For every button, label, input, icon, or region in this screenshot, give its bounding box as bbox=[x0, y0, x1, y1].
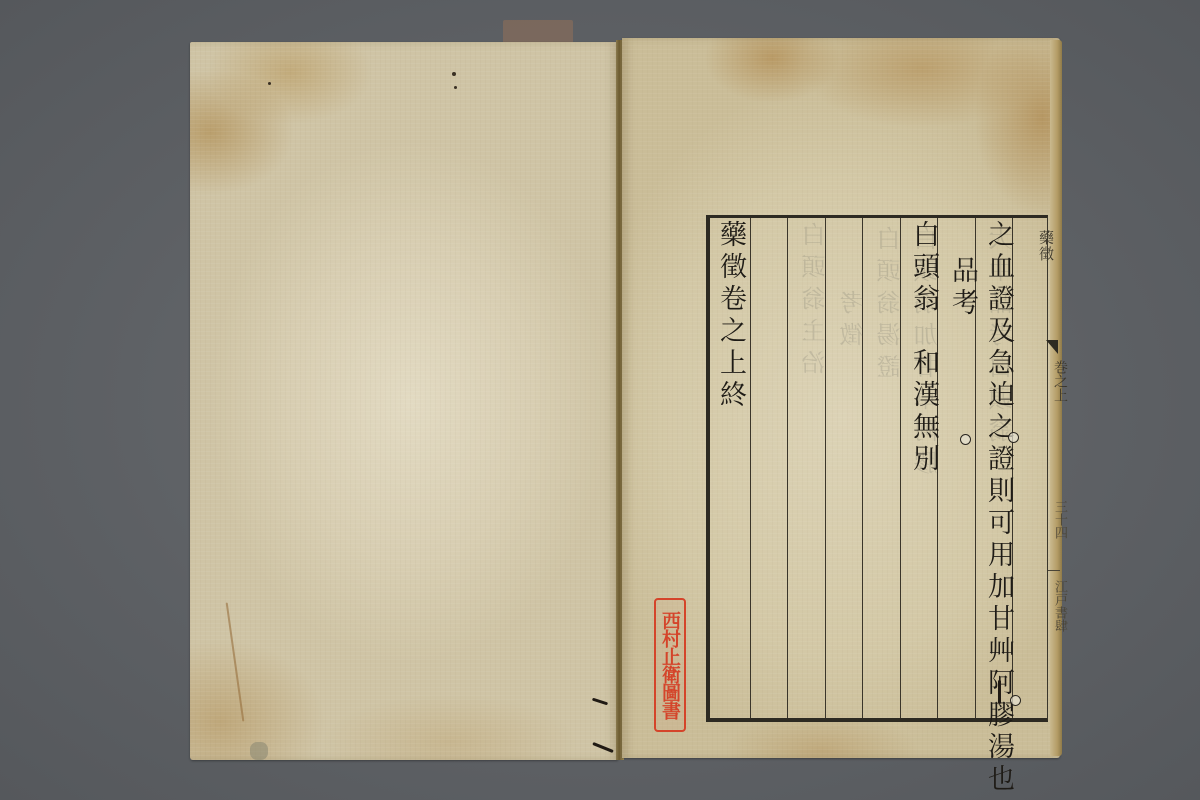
hanshin-title: 藥徵 bbox=[1036, 230, 1057, 262]
bleed-through-text: 白頭翁主治 bbox=[798, 222, 833, 382]
left-page-blank bbox=[190, 42, 618, 760]
text-column-1: 之血證及急迫之證則可用加甘艸阿膠湯也 bbox=[980, 220, 1016, 796]
paper-texture bbox=[190, 42, 618, 760]
ownership-seal: 西村止衛圖書 bbox=[654, 598, 686, 732]
column-rule bbox=[750, 218, 751, 718]
text-column-2: 品考 bbox=[944, 256, 980, 320]
seal-text: 西村止衛圖書 bbox=[659, 611, 681, 719]
ink-speck bbox=[452, 72, 456, 76]
worm-mark bbox=[998, 680, 1001, 704]
hanshin-strip bbox=[1012, 215, 1048, 722]
ink-speck bbox=[268, 82, 271, 85]
column-rule bbox=[787, 218, 788, 718]
stain-blot bbox=[250, 742, 268, 760]
punctuation-mark bbox=[960, 434, 971, 445]
bleed-through-text: 白頭翁湯證 bbox=[873, 226, 908, 386]
bleed-through-text: 考徵 bbox=[836, 290, 871, 354]
worm-mark bbox=[592, 742, 614, 753]
book-spread: 白頭翁主治 考徵 白頭翁湯證 白頭翁加甘草阿膠 大中品考白頭翁 之血證及急迫之證… bbox=[0, 0, 1200, 800]
stain-crack bbox=[226, 602, 245, 721]
hanshin-divider bbox=[1048, 570, 1060, 571]
hanshin-volume: 巻之上 bbox=[1050, 360, 1070, 402]
hanshin-publisher: 江戸書肆 bbox=[1050, 580, 1069, 632]
end-title: 藥徵卷之上終 bbox=[712, 220, 748, 412]
text-column-3: 白頭翁 和漢無別 bbox=[905, 220, 941, 476]
fishtail-mark bbox=[1046, 340, 1058, 354]
hanshin-page-number: 三十四 bbox=[1050, 500, 1069, 539]
ink-speck bbox=[454, 86, 457, 89]
